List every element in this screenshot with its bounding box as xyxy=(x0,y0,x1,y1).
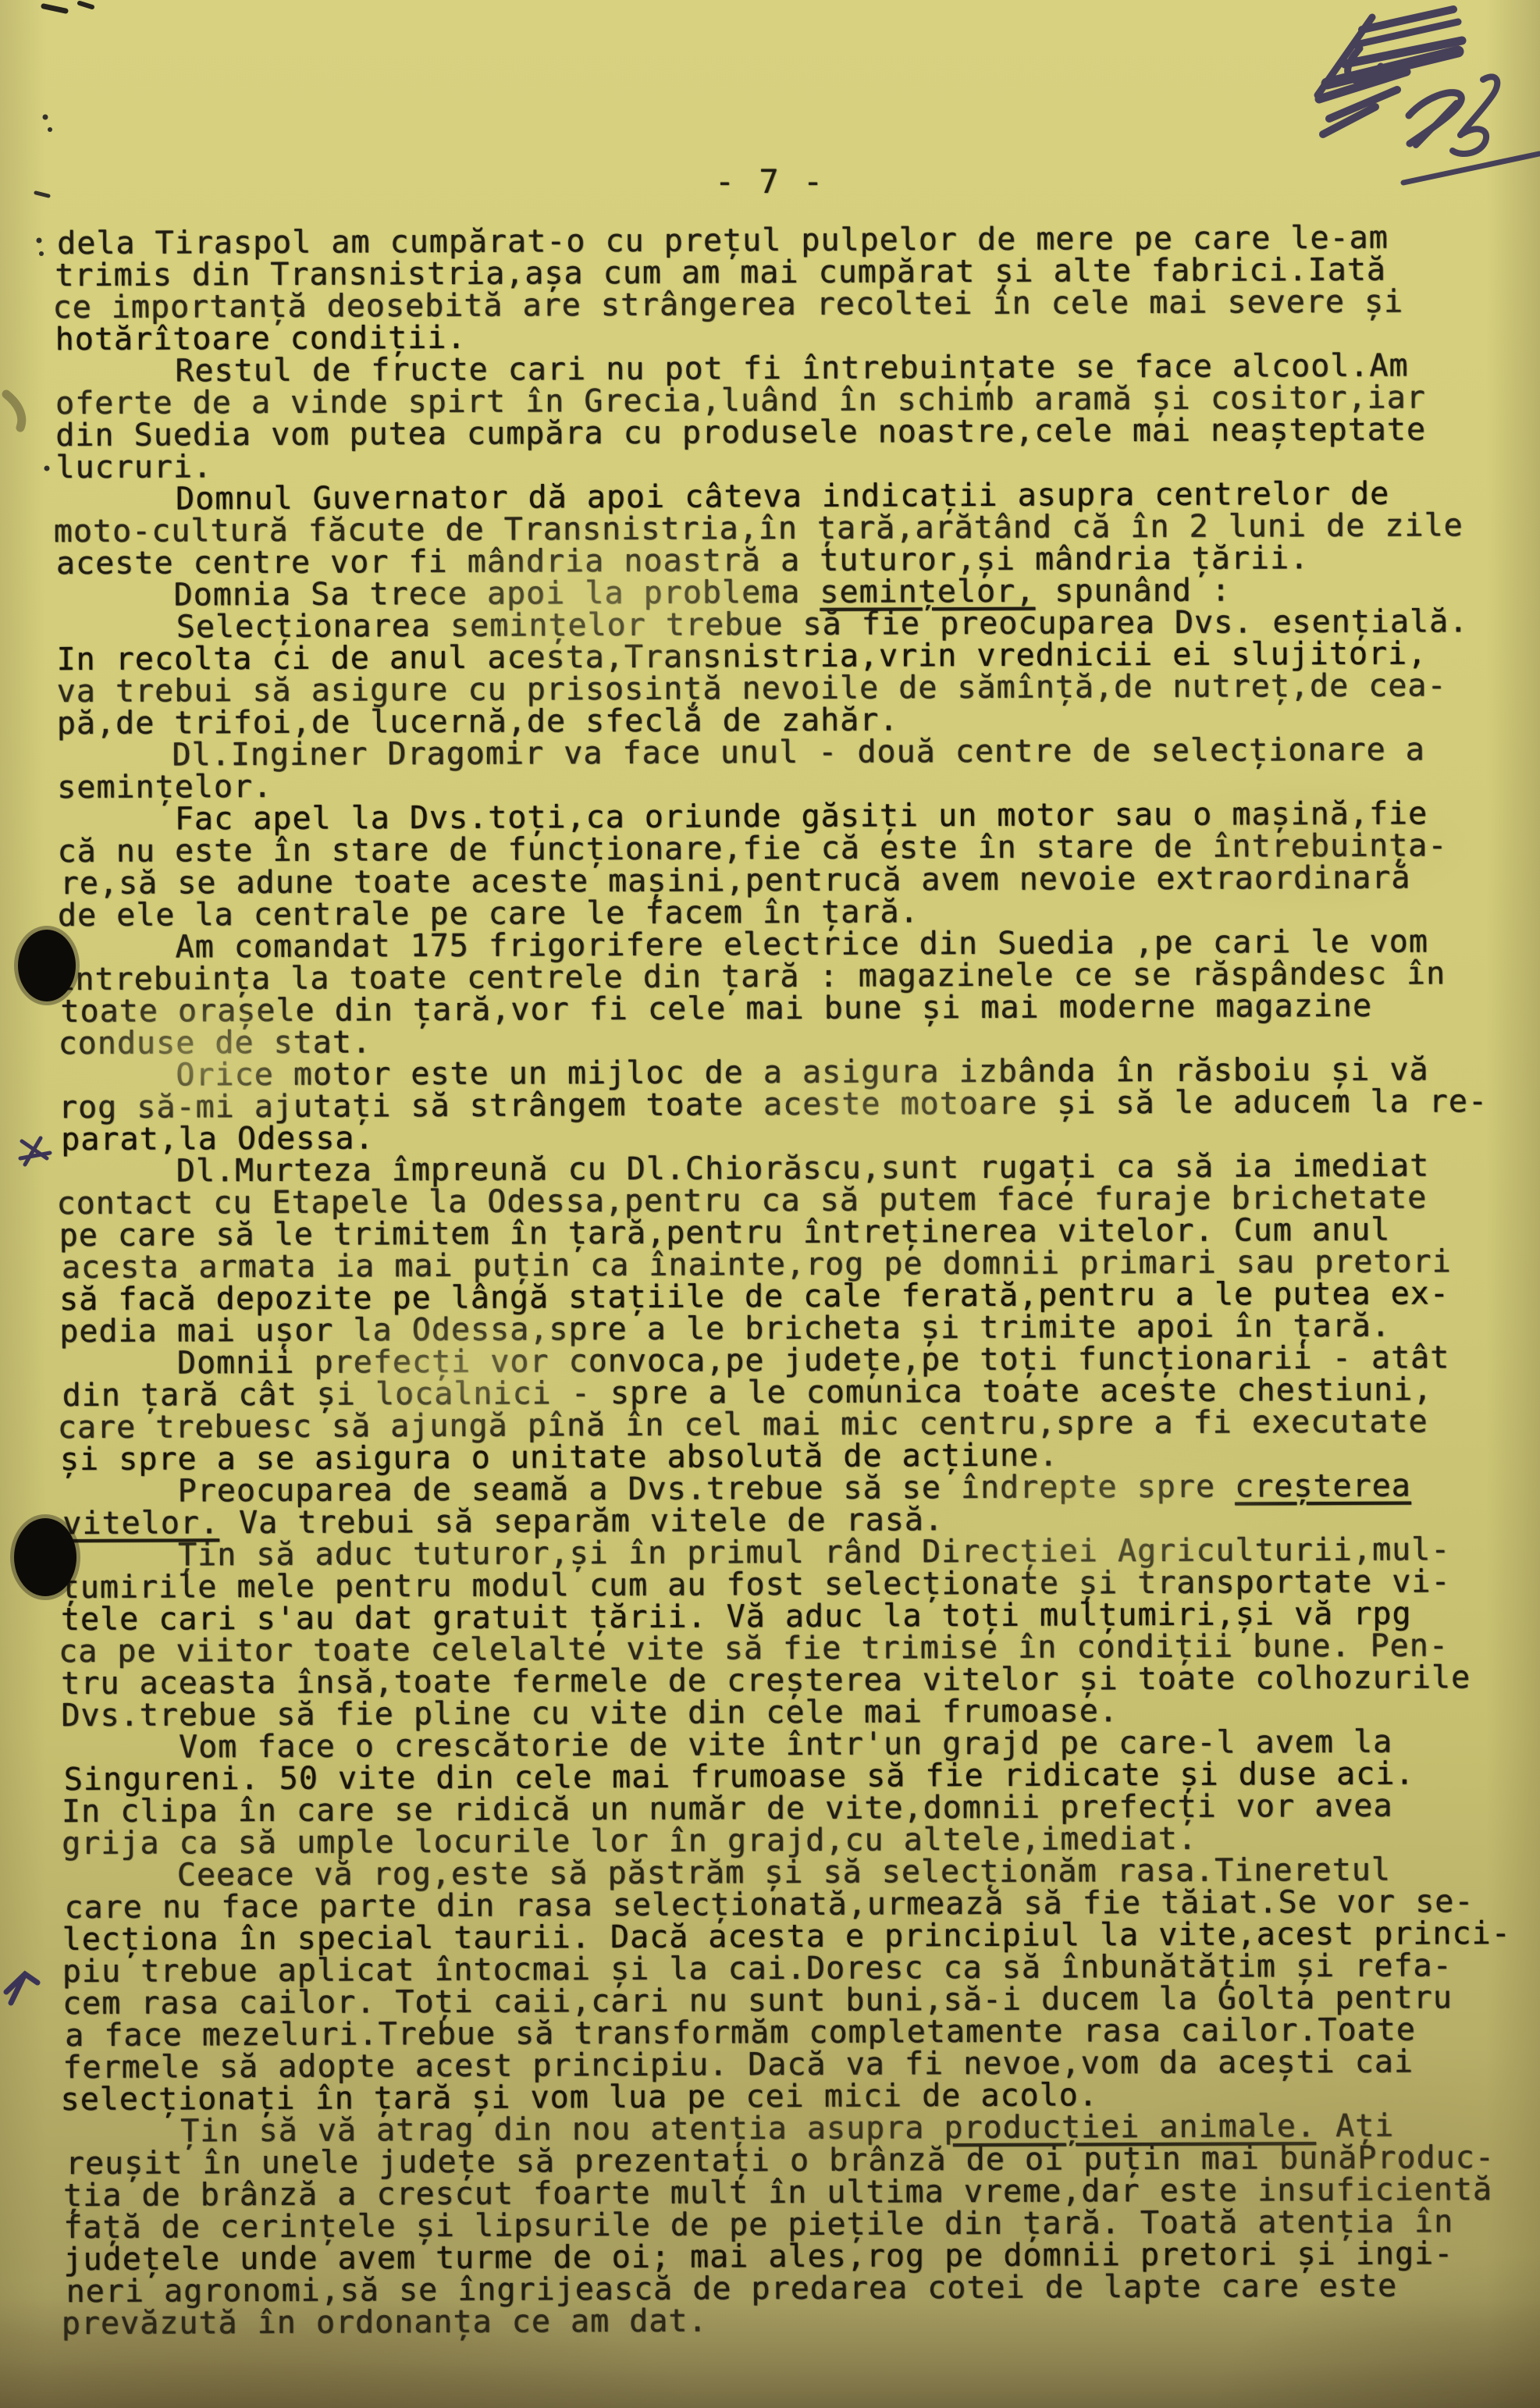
text-line: Țin să aduc tuturor,și în primul rând Di… xyxy=(60,1534,1535,1572)
text-line: oferte de a vinde spirt în Grecia,luând … xyxy=(55,382,1531,420)
text-line: grija ca să umple locurile lor în grajd,… xyxy=(62,1822,1537,1860)
text-line: întrebuința la toate centrele din țară :… xyxy=(55,958,1533,996)
text-line: ce importanță deosebită are strângerea r… xyxy=(52,286,1530,324)
handwritten-annotation xyxy=(1318,9,1539,183)
text-line: rog să-mi ajutați să strângem toate aces… xyxy=(59,1086,1534,1124)
text-line: acesta armata ia mai puțin ca înainte,ro… xyxy=(62,1246,1535,1284)
text-line: prevăzută în ordonanța ce am dat. xyxy=(62,2302,1539,2340)
document-body: dela Tiraspol am cumpărat-o cu prețul pu… xyxy=(55,222,1539,2340)
text-line: va trebui să asigure cu prisosință nevoi… xyxy=(57,670,1532,708)
text-line: neri agronomi,să se îngrijească de preda… xyxy=(66,2270,1539,2308)
scanned-document-page: - 7 - dela Tiraspol am cumpărat-o cu pre… xyxy=(0,0,1540,2408)
text-line: Dl.Inginer Dragomir va face unul - două … xyxy=(55,734,1532,772)
text-line: Țin să vă atrag din nou atenția asupra p… xyxy=(63,2110,1538,2148)
page-number: - 7 - xyxy=(0,162,1540,201)
